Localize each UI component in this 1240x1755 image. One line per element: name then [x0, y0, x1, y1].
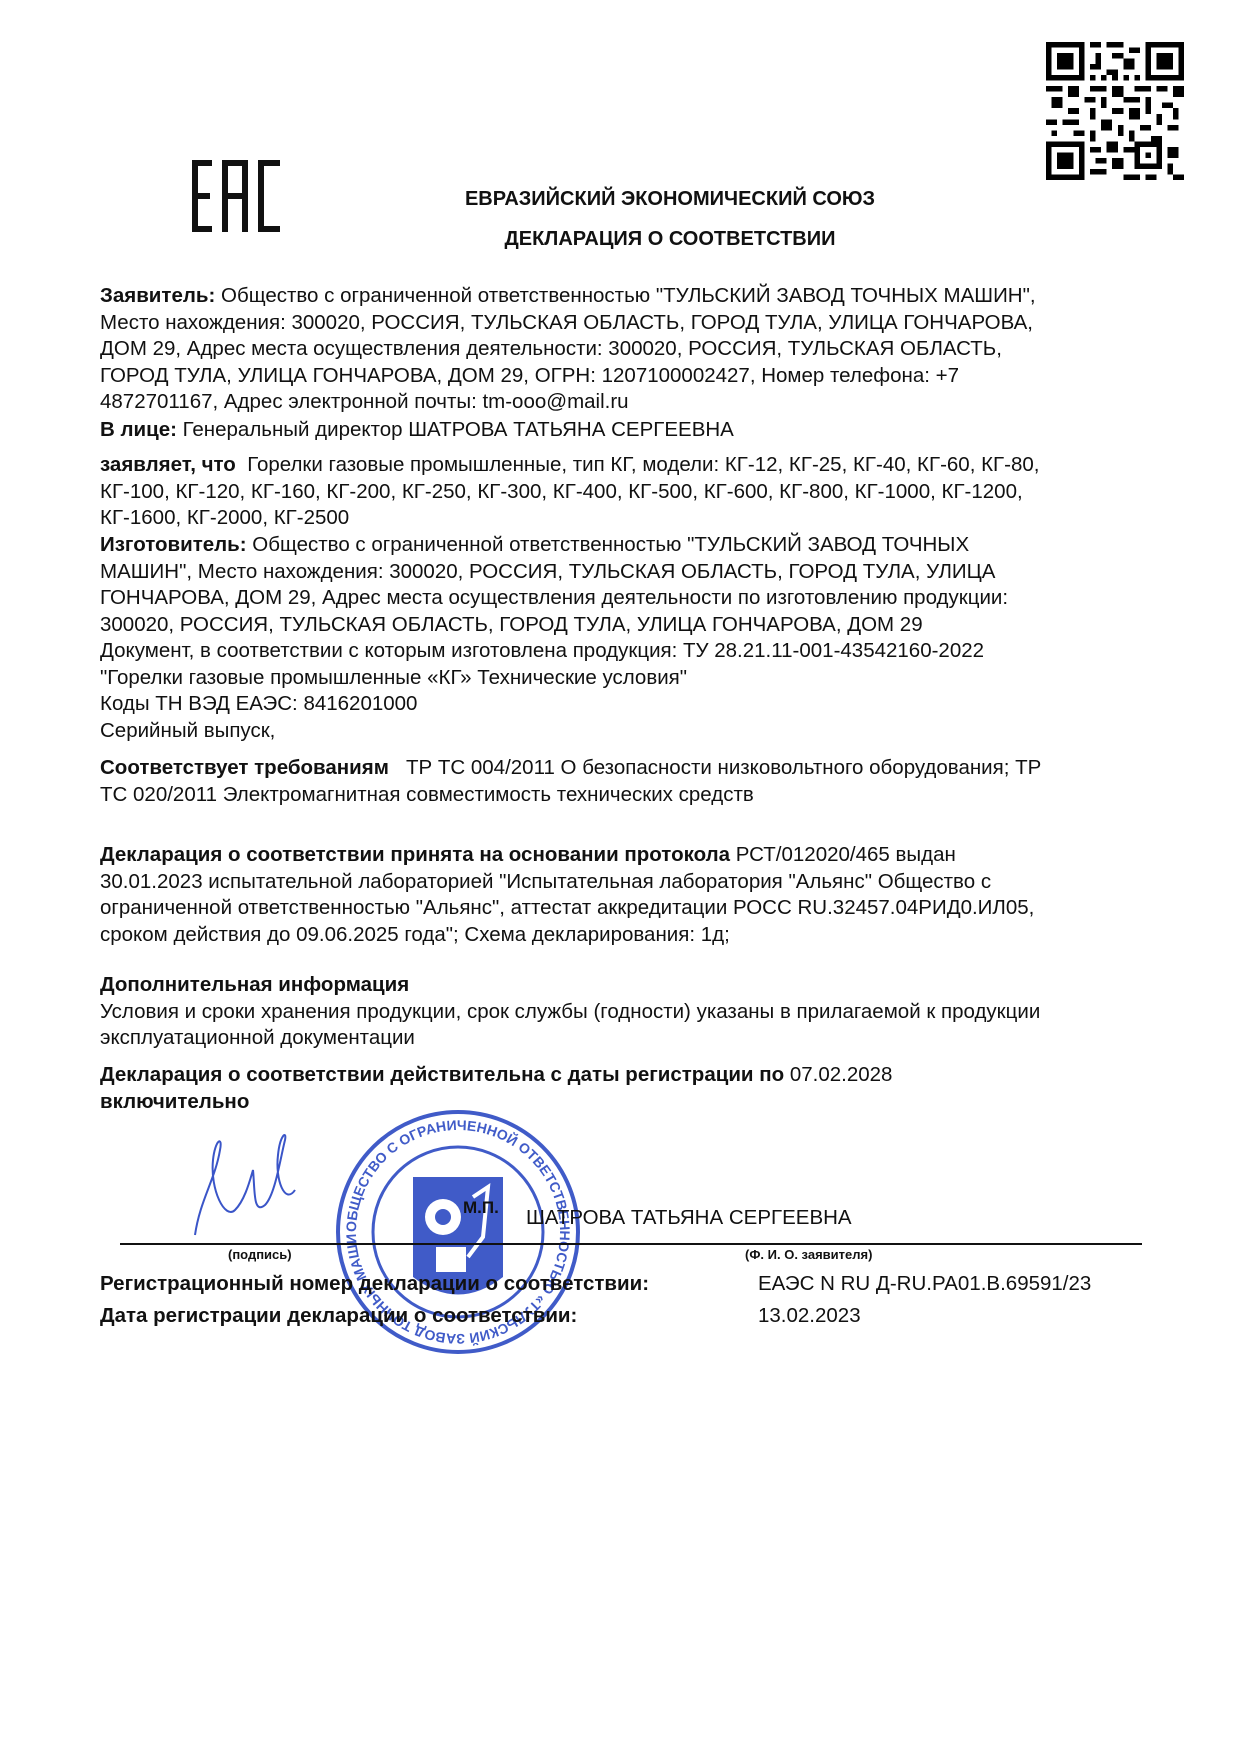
additional-info-line: Условия и сроки хранения продукции, срок…: [100, 999, 1170, 1026]
signature-line: [120, 1243, 1142, 1245]
registration-date: 13.02.2023: [758, 1304, 861, 1328]
applicant-line: ГОРОД ТУЛА, УЛИЦА ГОНЧАРОВА, ДОМ 29, ОГР…: [100, 363, 1170, 390]
product-line: КГ-1600, КГ-2000, КГ-2500: [100, 505, 1170, 532]
name-caption: (Ф. И. О. заявителя): [745, 1247, 872, 1262]
registration-number-label: Регистрационный номер декларации о соотв…: [100, 1272, 649, 1296]
manufacturer-section: Изготовитель: Общество с ограниченной от…: [100, 532, 1170, 744]
hs-code-line: Коды ТН ВЭД ЕАЭС: 8416201000: [100, 691, 1170, 718]
applicant-label: Заявитель:: [100, 284, 215, 307]
basis-line: РСТ/012020/465 выдан: [736, 843, 956, 866]
basis-label: Декларация о соответствии принята на осн…: [100, 843, 730, 866]
manufacturer-line: МАШИН", Место нахождения: 300020, РОССИЯ…: [100, 559, 1170, 586]
representative-section: В лице: Генеральный директор ШАТРОВА ТАТ…: [100, 417, 1170, 444]
validity-label: Декларация о соответствии действительна …: [100, 1063, 784, 1086]
standard-document-title: "Горелки газовые промышленные «КГ» Техни…: [100, 665, 1170, 692]
product-line: КГ-100, КГ-120, КГ-160, КГ-200, КГ-250, …: [100, 479, 1170, 506]
compliance-label: Соответствует требованиям: [100, 756, 389, 779]
signature-caption: (подпись): [228, 1247, 292, 1262]
validity-date: 07.02.2028: [790, 1063, 893, 1086]
applicant-section: Заявитель: Общество с ограниченной ответ…: [100, 283, 1170, 416]
basis-line: ограниченной ответственностью "Альянс", …: [100, 895, 1170, 922]
compliance-line: ТС 020/2011 Электромагнитная совместимос…: [100, 782, 1170, 809]
registration-number: ЕАЭС N RU Д-RU.РА01.В.69591/23: [758, 1272, 1091, 1296]
standard-document-line: Документ, в соответствии с которым изгот…: [100, 638, 1170, 665]
registration-date-label: Дата регистрации декларации о соответств…: [100, 1304, 577, 1328]
qr-code-icon: [1046, 42, 1184, 180]
basis-line: сроком действия до 09.06.2025 года"; Схе…: [100, 922, 1170, 949]
additional-info-label: Дополнительная информация: [100, 972, 1170, 999]
manufacturer-line: Общество с ограниченной ответственностью…: [252, 533, 969, 556]
union-title: ЕВРАЗИЙСКИЙ ЭКОНОМИЧЕСКИЙ СОЮЗ: [0, 188, 1240, 211]
validity-suffix: включительно: [100, 1089, 1170, 1116]
declares-label: заявляет, что: [100, 453, 236, 476]
compliance-line: ТР ТС 004/2011 О безопасности низковольт…: [406, 756, 1041, 779]
basis-line: 30.01.2023 испытательной лабораторией "И…: [100, 869, 1170, 896]
additional-info-line: эксплуатационной документации: [100, 1025, 1170, 1052]
basis-section: Декларация о соответствии принята на осн…: [100, 842, 1170, 948]
serial-production-line: Серийный выпуск,: [100, 718, 1170, 745]
representative-label: В лице:: [100, 418, 177, 441]
product-section: заявляет, что Горелки газовые промышленн…: [100, 452, 1170, 532]
applicant-email-line: 4872701167, Адрес электронной почты: tm-…: [100, 389, 1170, 416]
document-title: ДЕКЛАРАЦИЯ О СООТВЕТСТВИИ: [0, 228, 1240, 251]
signatory-name: ШАТРОВА ТАТЬЯНА СЕРГЕЕВНА: [526, 1206, 852, 1230]
manufacturer-label: Изготовитель:: [100, 533, 247, 556]
stamp-mark: М.П.: [463, 1198, 499, 1218]
validity-section: Декларация о соответствии действительна …: [100, 1062, 1170, 1115]
manufacturer-line: ГОНЧАРОВА, ДОМ 29, Адрес места осуществл…: [100, 585, 1170, 612]
compliance-section: Соответствует требованиям ТР ТС 004/2011…: [100, 755, 1170, 808]
applicant-line: Место нахождения: 300020, РОССИЯ, ТУЛЬСК…: [100, 310, 1170, 337]
applicant-line: Общество с ограниченной ответственностью…: [221, 284, 1036, 307]
additional-info-section: Дополнительная информация Условия и срок…: [100, 972, 1170, 1052]
manufacturer-line: 300020, РОССИЯ, ТУЛЬСКАЯ ОБЛАСТЬ, ГОРОД …: [100, 612, 1170, 639]
product-line: Горелки газовые промышленные, тип КГ, мо…: [247, 453, 1039, 476]
applicant-line: ДОМ 29, Адрес места осуществления деятел…: [100, 336, 1170, 363]
representative-value: Генеральный директор ШАТРОВА ТАТЬЯНА СЕР…: [183, 418, 734, 441]
